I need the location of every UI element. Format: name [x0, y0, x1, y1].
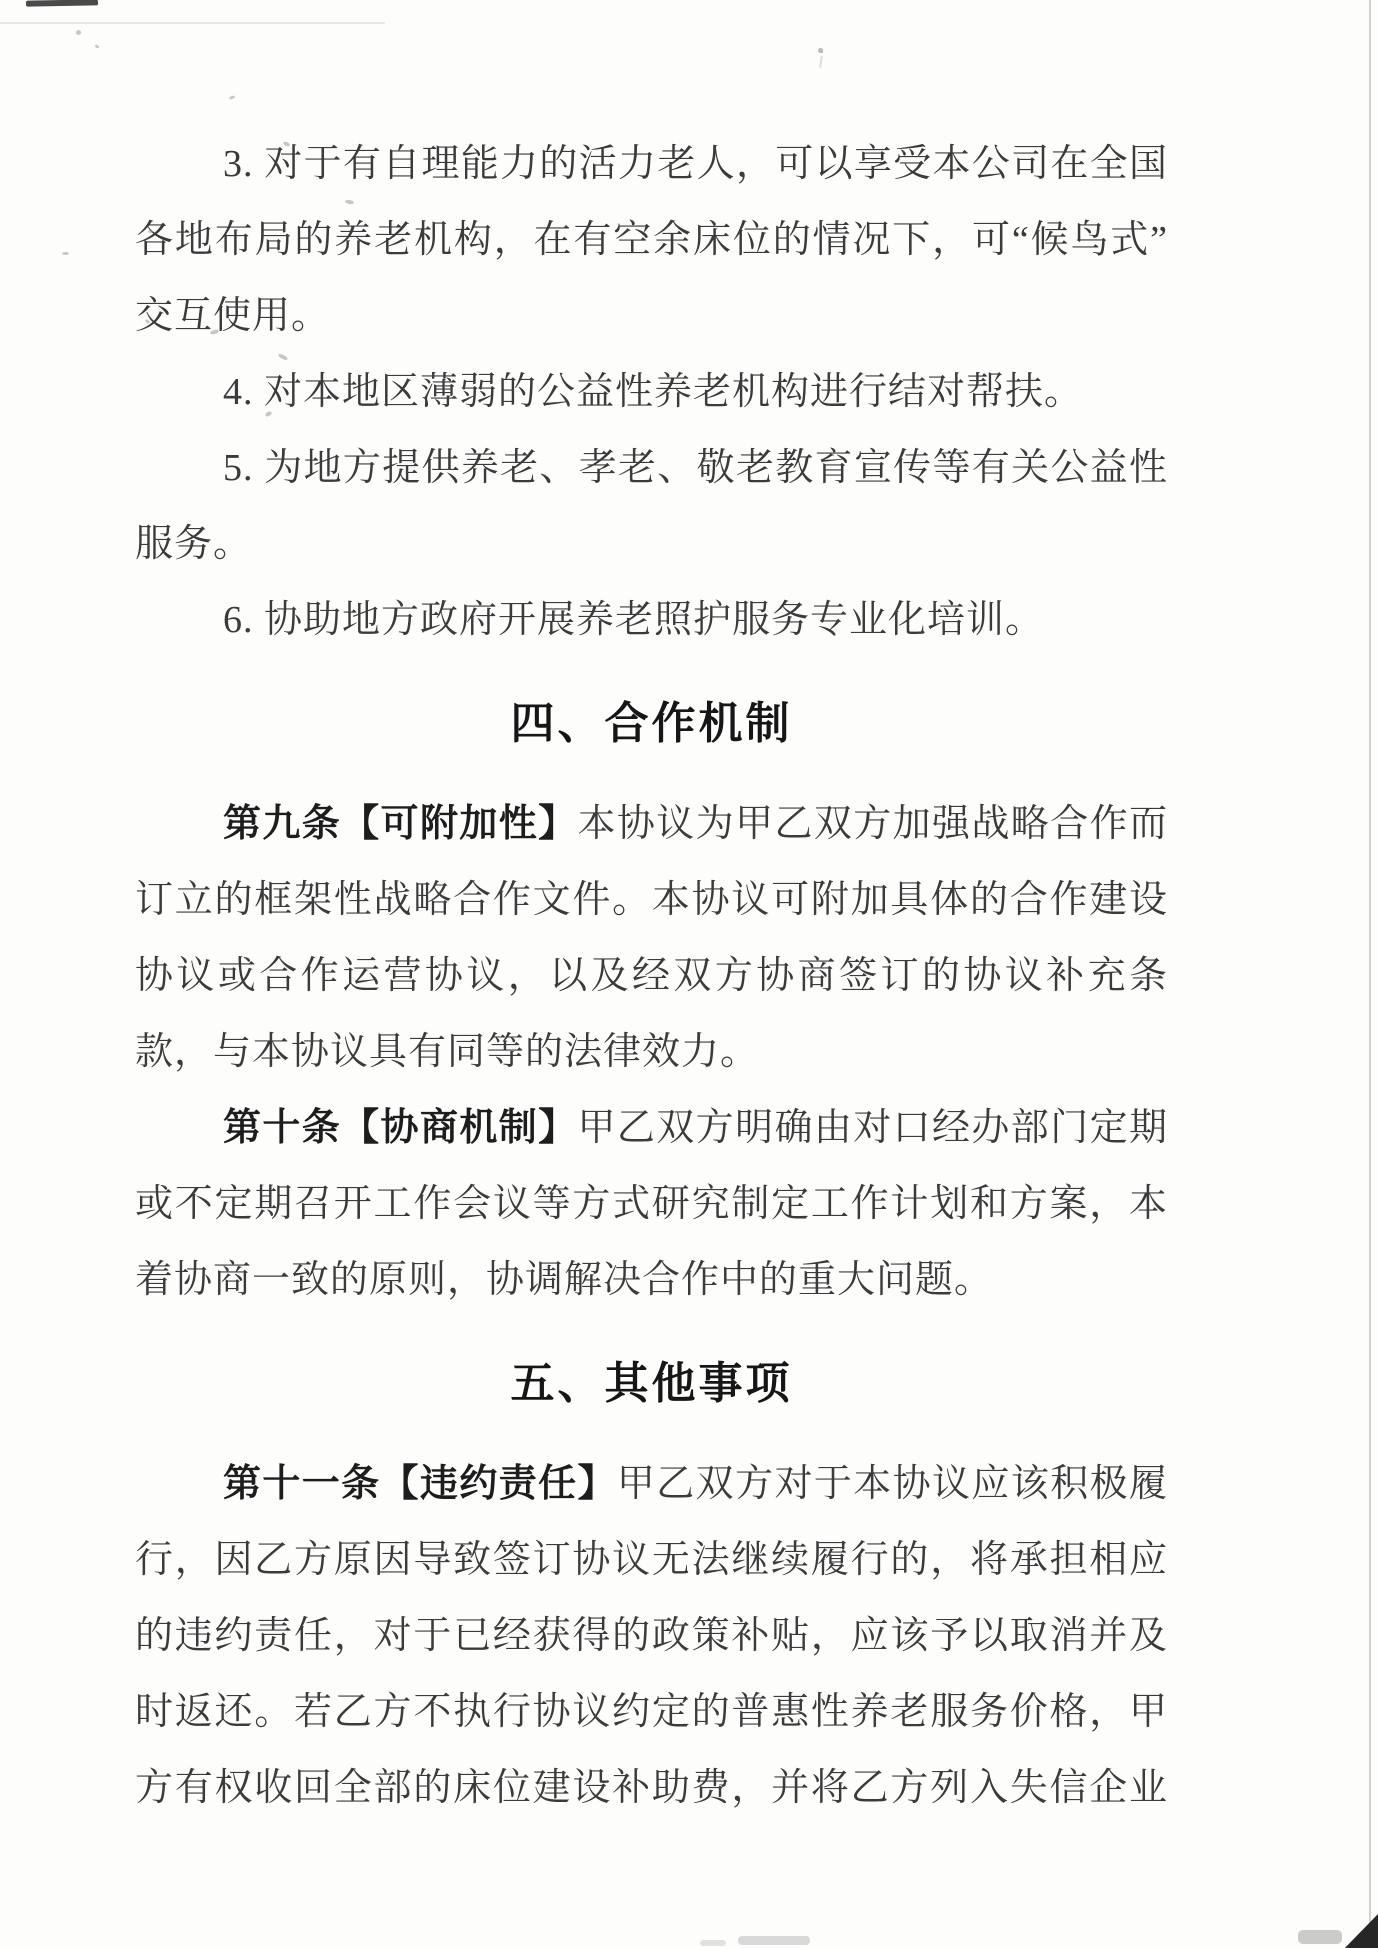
article-10-term-label: 第十条【协商机制】	[223, 1107, 578, 1149]
text-line: 方有权收回全部的床位建设补助费，并将乙方列入失信企业	[135, 1750, 1168, 1826]
page: 3. 对于有自理能力的活力老人，可以享受本公司在全国 各地布局的养老机构，在有空…	[0, 0, 1378, 1948]
text-line: 的违约责任，对于已经获得的政策补贴，应该予以取消并及	[135, 1598, 1168, 1674]
text-line: 第十一条【违约责任】甲乙双方对于本协议应该积极履	[135, 1446, 1168, 1522]
section-heading-4: 四、合作机制	[135, 686, 1168, 762]
paragraph-article-9: 第九条【可附加性】本协议为甲乙双方加强战略合作而 订立的框架性战略合作文件。本协…	[135, 786, 1168, 1090]
text-line: 第九条【可附加性】本协议为甲乙双方加强战略合作而	[135, 786, 1168, 862]
text-line: 时返还。若乙方不执行协议约定的普惠性养老服务价格，甲	[135, 1674, 1168, 1750]
text-column: 3. 对于有自理能力的活力老人，可以享受本公司在全国 各地布局的养老机构，在有空…	[135, 126, 1168, 1826]
text-line: 着协商一致的原则，协调解决合作中的重大问题。	[135, 1242, 1168, 1318]
article-11-term-label: 第十一条【违约责任】	[223, 1463, 617, 1505]
text-line: 交互使用。	[135, 278, 1168, 354]
article-9-text: 本协议为甲乙双方加强战略合作而	[578, 803, 1168, 845]
text-line: 3. 对于有自理能力的活力老人，可以享受本公司在全国	[135, 126, 1168, 202]
paragraph-item-3: 3. 对于有自理能力的活力老人，可以享受本公司在全国 各地布局的养老机构，在有空…	[135, 126, 1168, 354]
paragraph-item-5: 5. 为地方提供养老、孝老、敬老教育宣传等有关公益性 服务。	[135, 430, 1168, 582]
text-line: 协议或合作运营协议，以及经双方协商签订的协议补充条	[135, 938, 1168, 1014]
paragraph-item-4: 4. 对本地区薄弱的公益性养老机构进行结对帮扶。	[135, 354, 1168, 430]
text-line: 订立的框架性战略合作文件。本协议可附加具体的合作建设	[135, 862, 1168, 938]
article-9-term-label: 第九条【可附加性】	[223, 803, 578, 845]
text-line: 或不定期召开工作会议等方式研究制定工作计划和方案，本	[135, 1166, 1168, 1242]
text-line: 6. 协助地方政府开展养老照护服务专业化培训。	[135, 582, 1168, 658]
text-line: 行，因乙方原因导致签订协议无法继续履行的，将承担相应	[135, 1522, 1168, 1598]
text-line: 服务。	[135, 506, 1168, 582]
section-heading-5: 五、其他事项	[135, 1346, 1168, 1422]
article-10-text: 甲乙双方明确由对口经办部门定期	[578, 1107, 1168, 1149]
paragraph-item-6: 6. 协助地方政府开展养老照护服务专业化培训。	[135, 582, 1168, 658]
text-line: 5. 为地方提供养老、孝老、敬老教育宣传等有关公益性	[135, 430, 1168, 506]
text-line: 4. 对本地区薄弱的公益性养老机构进行结对帮扶。	[135, 354, 1168, 430]
text-line: 各地布局的养老机构，在有空余床位的情况下，可“候鸟式”	[135, 202, 1168, 278]
paragraph-article-10: 第十条【协商机制】甲乙双方明确由对口经办部门定期 或不定期召开工作会议等方式研究…	[135, 1090, 1168, 1318]
text-line: 款，与本协议具有同等的法律效力。	[135, 1014, 1168, 1090]
paragraph-article-11: 第十一条【违约责任】甲乙双方对于本协议应该积极履 行，因乙方原因导致签订协议无法…	[135, 1446, 1168, 1826]
text-line: 第十条【协商机制】甲乙双方明确由对口经办部门定期	[135, 1090, 1168, 1166]
scanned-document-page: { "content": { "item3": { "l1": "3. 对于有自…	[0, 0, 1378, 1948]
article-11-text: 甲乙双方对于本协议应该积极履	[617, 1463, 1168, 1505]
